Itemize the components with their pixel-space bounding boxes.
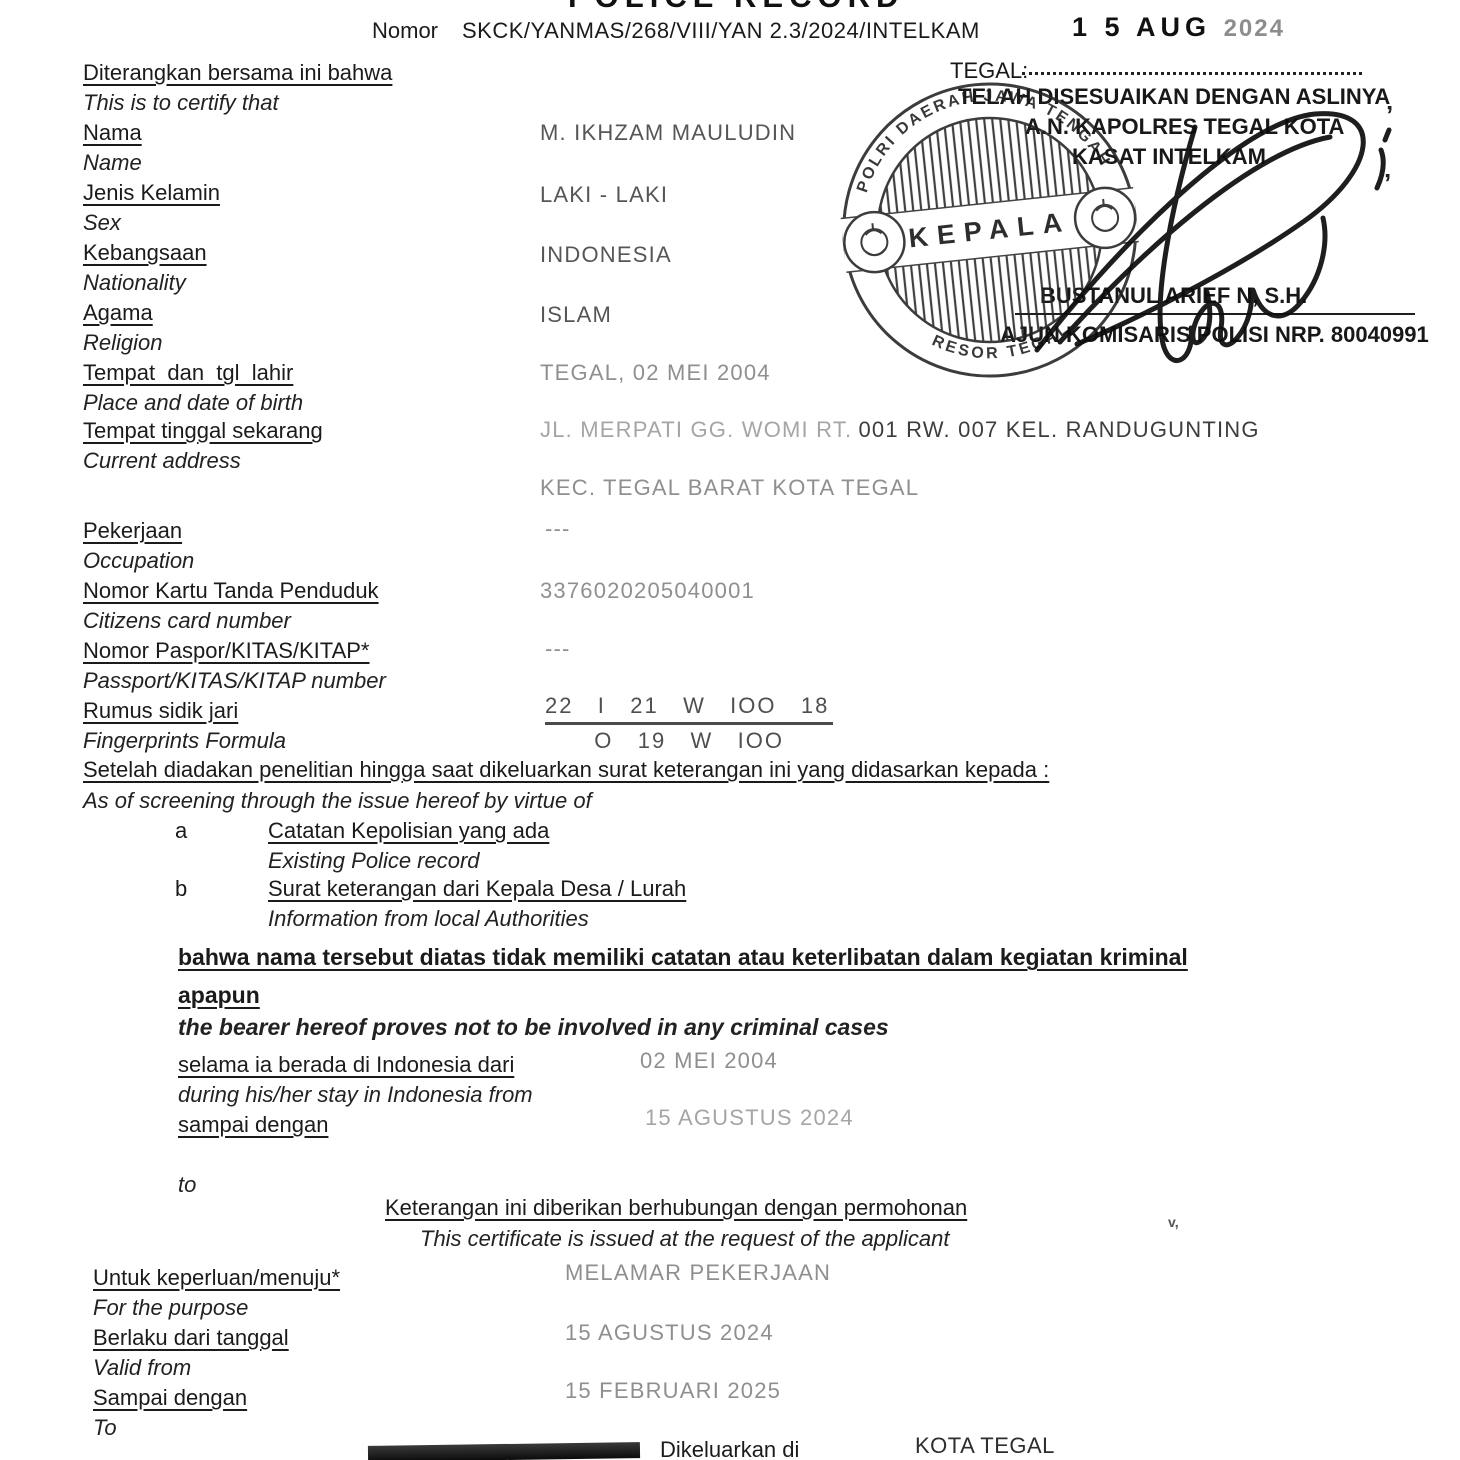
field-ttl-value: TEGAL, 02 MEI 2004: [540, 360, 771, 386]
field-agama-value: ISLAM: [540, 302, 612, 328]
stay-to-label: sampai dengan: [178, 1112, 328, 1138]
valid-from-value: 15 AGUSTUS 2024: [565, 1320, 774, 1346]
issued-at-label: Dikeluarkan di: [660, 1437, 799, 1460]
field-sidikjari-label: Rumus sidik jari: [83, 698, 238, 724]
field-jenis-kelamin-label: Jenis Kelamin: [83, 180, 220, 206]
purpose-label-en: For the purpose: [93, 1295, 248, 1321]
field-ttl-label: Tempat dan tgl lahir: [83, 360, 293, 386]
fingerprint-formula-denominator: O 19 W IOO: [545, 725, 833, 754]
screening-intro-id: Setelah diadakan penelitian hingga saat …: [83, 757, 1049, 783]
field-ktp-label-en: Citizens card number: [83, 608, 291, 634]
field-nama-label-en: Name: [83, 150, 142, 176]
field-jenis-kelamin-label-en: Sex: [83, 210, 121, 236]
stay-from-label: selama ia berada di Indonesia dari: [178, 1052, 514, 1078]
field-kebangsaan-label: Kebangsaan: [83, 240, 207, 266]
signature: [985, 92, 1415, 377]
field-kebangsaan-value: INDONESIA: [540, 242, 672, 268]
statement-id-line2: apapun: [178, 982, 260, 1008]
field-paspor-label: Nomor Paspor/KITAS/KITAP*: [83, 638, 370, 664]
field-pekerjaan-label: Pekerjaan: [83, 518, 182, 544]
nomor-label: Nomor: [372, 18, 438, 44]
stay-to-label-en: to: [178, 1172, 196, 1198]
issuance-note-id: Keterangan ini diberikan berhubungan den…: [385, 1195, 967, 1221]
field-alamat-value-line1: JL. MERPATI GG. WOMI RT. 001 RW. 007 KEL…: [540, 417, 1260, 443]
field-nama-value: M. IKHZAM MAULUDIN: [540, 120, 796, 146]
valid-to-label-en: To: [93, 1415, 117, 1441]
screening-item-a-letter: a: [175, 818, 187, 844]
screening-item-a-en: Existing Police record: [268, 848, 480, 874]
field-agama-label: Agama: [83, 300, 153, 326]
alamat-line1-faded: JL. MERPATI GG. WOMI RT.: [540, 417, 852, 442]
field-sidikjari-label-en: Fingerprints Formula: [83, 728, 286, 754]
screening-item-b-letter: b: [175, 876, 187, 902]
field-ktp-value: 3376020205040001: [540, 578, 755, 604]
document-title: POLICE RECORD: [568, 0, 904, 15]
screening-intro-en: As of screening through the issue hereof…: [83, 788, 592, 814]
field-alamat-label-en: Current address: [83, 448, 241, 474]
intro-id: Diterangkan bersama ini bahwa: [83, 60, 392, 86]
nomor-value: SKCK/YANMAS/268/VIII/YAN 2.3/2024/INTELK…: [462, 18, 980, 44]
scanned-police-record-document: POLICE RECORD Nomor SKCK/YANMAS/268/VIII…: [0, 0, 1460, 1460]
ink-artifact-1: ’: [1386, 100, 1393, 131]
purpose-label: Untuk keperluan/menuju*: [93, 1265, 340, 1291]
field-agama-label-en: Religion: [83, 330, 163, 356]
valid-from-label: Berlaku dari tanggal: [93, 1325, 289, 1351]
field-jenis-kelamin-value: LAKI - LAKI: [540, 182, 668, 208]
field-ktp-label: Nomor Kartu Tanda Penduduk: [83, 578, 379, 604]
field-alamat-value-line2: KEC. TEGAL BARAT KOTA TEGAL: [540, 475, 919, 501]
signature-strokes: [985, 92, 1415, 372]
field-nama-label: Nama: [83, 120, 142, 146]
date-received-stamp: 1 5 AUG 2024: [1072, 12, 1285, 43]
field-sidikjari-value: 22 I 21 W IOO 18 O 19 W IOO: [545, 693, 833, 754]
stay-from-label-en: during his/her stay in Indonesia from: [178, 1082, 533, 1108]
screening-item-a-id: Catatan Kepolisian yang ada: [268, 818, 549, 844]
alamat-line1-dark: 001 RW. 007 KEL. RANDUGUNTING: [859, 417, 1260, 442]
field-paspor-value: ---: [545, 636, 571, 662]
photo-top-edge: [368, 1442, 640, 1460]
field-alamat-label: Tempat tinggal sekarang: [83, 418, 323, 444]
stay-from-value: 02 MEI 2004: [640, 1048, 778, 1074]
purpose-value: MELAMAR PEKERJAAN: [565, 1260, 831, 1286]
valid-to-label: Sampai dengan: [93, 1385, 247, 1411]
screening-item-b-id: Surat keterangan dari Kepala Desa / Lura…: [268, 876, 686, 902]
field-kebangsaan-label-en: Nationality: [83, 270, 186, 296]
fingerprint-formula-numerator: 22 I 21 W IOO 18: [545, 693, 833, 725]
ink-artifact-2: ’: [1384, 168, 1391, 199]
stay-to-value: 15 AGUSTUS 2024: [645, 1105, 854, 1131]
date-stamp-year: 2024: [1224, 15, 1285, 42]
statement-id-line1: bahwa nama tersebut diatas tidak memilik…: [178, 944, 1188, 970]
valid-from-label-en: Valid from: [93, 1355, 191, 1381]
date-stamp-day-month: 1 5 AUG: [1072, 12, 1211, 42]
statement-en: the bearer hereof proves not to be invol…: [178, 1014, 889, 1040]
valid-to-value: 15 FEBRUARI 2025: [565, 1378, 781, 1404]
field-pekerjaan-label-en: Occupation: [83, 548, 194, 574]
issued-at-value: KOTA TEGAL: [915, 1433, 1055, 1459]
intro-en: This is to certify that: [83, 90, 279, 116]
screening-item-b-en: Information from local Authorities: [268, 906, 589, 932]
field-pekerjaan-value: ---: [545, 516, 571, 542]
issuance-note-en: This certificate is issued at the reques…: [420, 1226, 950, 1252]
field-ttl-label-en: Place and date of birth: [83, 390, 303, 416]
ink-artifact-3: v,: [1168, 1214, 1179, 1230]
field-paspor-label-en: Passport/KITAS/KITAP number: [83, 668, 386, 694]
